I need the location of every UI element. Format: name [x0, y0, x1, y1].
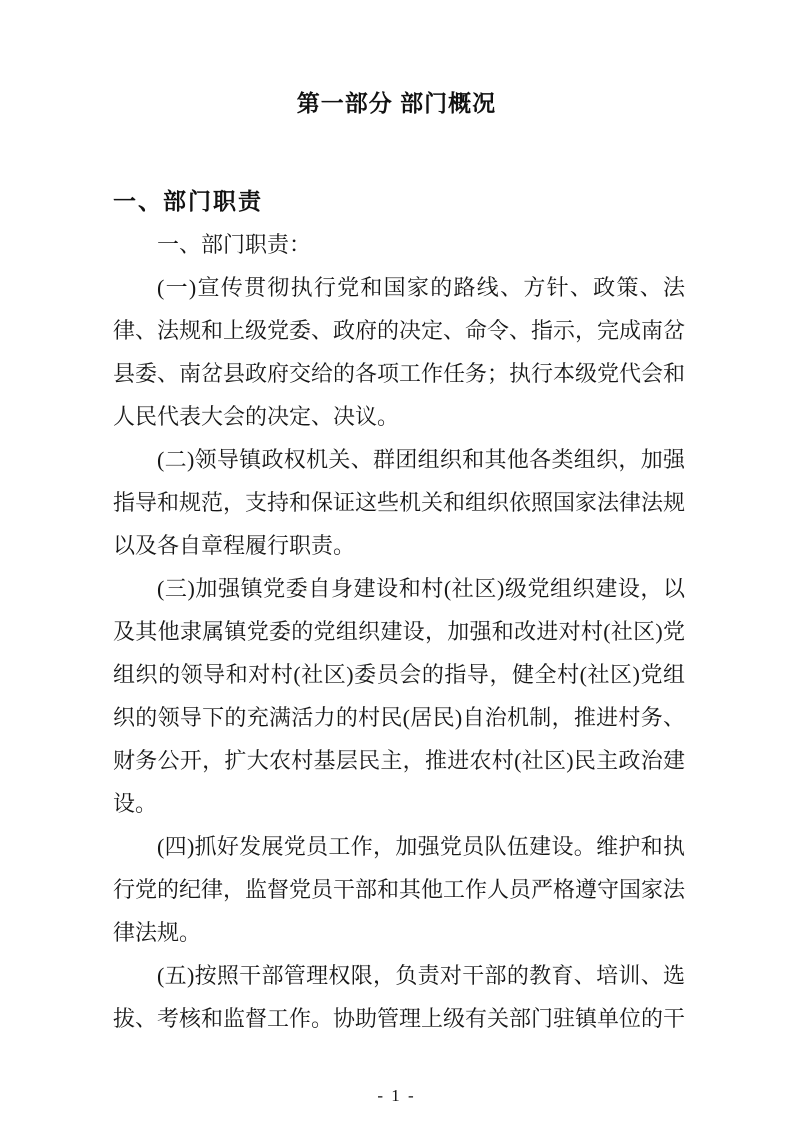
section-heading: 一、部门职责 — [113, 183, 263, 216]
paragraph-item-3: (三)加强镇党委自身建设和村(社区)级党组织建设，以及其他隶属镇党委的党组织建设… — [113, 567, 685, 825]
paragraph-item-2: (二)领导镇政权机关、群团组织和其他各类组织，加强指导和规范，支持和保证这些机关… — [113, 438, 685, 567]
document-title: 第一部分 部门概况 — [0, 85, 793, 118]
page-number: - 1 - — [0, 1086, 793, 1106]
paragraph-item-5: (五)按照干部管理权限，负责对干部的教育、培训、选拔、考核和监督工作。协助管理上… — [113, 954, 685, 1040]
paragraph-item-1: (一)宣传贯彻执行党和国家的路线、方针、政策、法律、法规和上级党委、政府的决定、… — [113, 266, 685, 438]
document-page: 第一部分 部门概况 一、部门职责 一、部门职责： (一)宣传贯彻执行党和国家的路… — [0, 0, 793, 1122]
paragraph-item-4: (四)抓好发展党员工作，加强党员队伍建设。维护和执行党的纪律，监督党员干部和其他… — [113, 825, 685, 954]
document-body: 一、部门职责： (一)宣传贯彻执行党和国家的路线、方针、政策、法律、法规和上级党… — [113, 223, 685, 1040]
paragraph-intro: 一、部门职责： — [113, 223, 685, 266]
